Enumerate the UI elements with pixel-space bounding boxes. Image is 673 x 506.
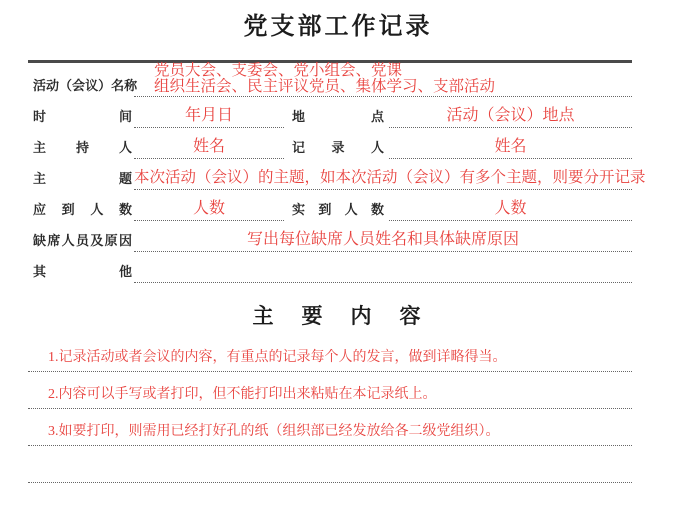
other-field [134,280,632,283]
expected-count-field: 人数 [134,199,284,221]
form-row-attendance: 应到人数 人数 实到人数 人数 [28,190,632,221]
place-label: 地点 [292,109,384,128]
note-text-1: 1.记录活动或者会议的内容，有重点的记录每个人的发言，做到详略得当。 [48,349,507,366]
other-label: 其他 [33,264,132,283]
absentees-field: 写出每位缺席人员姓名和具体缺席原因 [134,230,632,252]
note-line-2: 2.内容可以手写或者打印，但不能打印出来粘贴在本记录纸上。 [28,372,632,409]
place-field: 活动（会议）地点 [389,106,632,128]
host-field: 姓名 [134,137,284,159]
actual-count-label: 实到人数 [292,202,384,221]
form-row-activity-name: 活动（会议）名称 党员大会、支委会、党小组会、党课 组织生活会、民主评议党员、集… [28,63,632,97]
form-row-host-recorder: 主持人 姓名 记录人 姓名 [28,128,632,159]
activity-name-value-line1: 党员大会、支委会、党小组会、党课 [154,63,632,79]
host-label: 主持人 [33,140,132,159]
main-content-title: 主要内容 [0,303,673,329]
form-row-absentees: 缺席人员及原因 写出每位缺席人员姓名和具体缺席原因 [28,221,632,252]
form-row-other: 其他 [28,252,632,283]
absentees-label: 缺席人员及原因 [33,233,132,252]
topic-field: 本次活动（会议）的主题，如本次活动（会议）有多个主题，则要分开记录 [134,168,632,190]
note-line-1: 1.记录活动或者会议的内容，有重点的记录每个人的发言，做到详略得当。 [28,338,632,372]
form-row-topic: 主题 本次活动（会议）的主题，如本次活动（会议）有多个主题，则要分开记录 [28,159,632,190]
actual-count-field: 人数 [389,199,632,221]
expected-count-label: 应到人数 [33,202,132,221]
activity-name-value-line2: 组织生活会、民主评议党员、集体学习、支部活动 [154,79,632,95]
document-page: 党支部工作记录 活动（会议）名称 党员大会、支委会、党小组会、党课 组织生活会、… [0,0,673,506]
topic-label: 主题 [33,171,132,190]
document-title: 党支部工作记录 [0,0,673,42]
note-line-empty [28,446,632,483]
recorder-label: 记录人 [292,140,384,159]
activity-name-label: 活动（会议）名称 [33,78,132,97]
note-text-3: 3.如要打印，则需用已经打好孔的纸（组织部已经发放给各二级党组织）。 [48,423,500,440]
recorder-field: 姓名 [389,137,632,159]
activity-name-field: 党员大会、支委会、党小组会、党课 组织生活会、民主评议党员、集体学习、支部活动 [134,63,632,97]
time-label: 时间 [33,109,132,128]
form-sheet: 活动（会议）名称 党员大会、支委会、党小组会、党课 组织生活会、民主评议党员、集… [28,60,632,283]
note-line-3: 3.如要打印，则需用已经打好孔的纸（组织部已经发放给各二级党组织）。 [28,409,632,446]
form-row-time-place: 时间 年月日 地点 活动（会议）地点 [28,97,632,128]
main-content-section: 1.记录活动或者会议的内容，有重点的记录每个人的发言，做到详略得当。 2.内容可… [28,338,632,483]
note-text-2: 2.内容可以手写或者打印，但不能打印出来粘贴在本记录纸上。 [48,386,437,403]
time-field: 年月日 [134,106,284,128]
